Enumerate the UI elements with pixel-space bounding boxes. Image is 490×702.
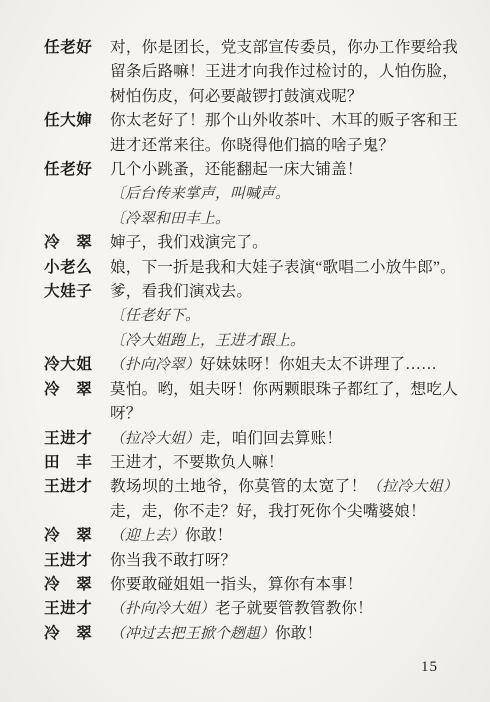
script-line: 王进才（扑向冷大姐）老子就要管教管教你！ xyxy=(44,597,464,621)
line-text: （迎上去）你敢！ xyxy=(110,524,458,548)
line-text: 你太老好了！那个山外收茶叶、木耳的贩子客和王进才还常来往。你晓得他们搞的啥子鬼？ xyxy=(110,109,458,158)
script-line: 〔冷翠和田丰上。 xyxy=(44,207,464,231)
dialogue-segment: 王进才，不要欺负人嘛！ xyxy=(110,454,284,471)
dialogue-segment: 好妹妹呀！你姐夫太不讲理了…… xyxy=(200,356,437,373)
script-line: 冷 翠你要敢碰姐姐一指头，算你有本事！ xyxy=(44,573,464,597)
line-text: 教场坝的土地爷，你莫管的太宽了！（拉冷大姐）走，走，你不走？好，我打死你个尖嘴婆… xyxy=(110,475,458,524)
stage-direction-segment: 〔任老好下。 xyxy=(110,308,200,324)
speaker-name: 田 丰 xyxy=(44,451,96,475)
stage-direction-segment: （拉冷大姐） xyxy=(367,479,458,495)
speaker-name: 王进才 xyxy=(44,549,96,573)
speaker-name: 王进才 xyxy=(44,475,96,499)
script-line: 冷 翠莫怕。哟，姐夫呀！你两颗眼珠子都红了，想吃人呀？ xyxy=(44,378,464,427)
line-text: （拉冷大姐）走，咱们回去算账！ xyxy=(110,427,458,451)
speaker-name: 王进才 xyxy=(44,597,96,621)
line-text: 几个小跳蚤，还能翻起一床大铺盖！ xyxy=(110,158,458,182)
speaker-name: 王进才 xyxy=(44,427,96,451)
line-text: 〔任老好下。 xyxy=(110,304,458,328)
line-text: 你当我不敢打呀？ xyxy=(110,549,458,573)
dialogue-segment: 对，你是团长，党支部宣传委员，你办工作要给我留条后路嘛！王进才向我作过检讨的，人… xyxy=(110,39,458,105)
speaker-name: 小老么 xyxy=(44,256,96,280)
stage-direction-segment: 〔冷大姐跑上，王进才跟上。 xyxy=(110,333,305,349)
script-line: 〔冷大姐跑上，王进才跟上。 xyxy=(44,329,464,353)
line-text: 娘，下一折是我和大娃子表演“歌唱二小放牛郎”。 xyxy=(110,256,458,280)
line-text: 你要敢碰姐姐一指头，算你有本事！ xyxy=(110,573,458,597)
dialogue-segment: 教场坝的土地爷，你莫管的太宽了！ xyxy=(110,478,367,495)
speaker-name: 任老好 xyxy=(44,158,96,182)
script-line: 大娃子爹，看我们演戏去。 xyxy=(44,280,464,304)
line-text: （扑向冷翠）好妹妹呀！你姐夫太不讲理了…… xyxy=(110,353,458,377)
dialogue-segment: 婶子，我们戏演完了。 xyxy=(110,234,268,251)
script-line: 冷 翠（迎上去）你敢！ xyxy=(44,524,464,548)
speaker-name: 冷 翠 xyxy=(44,378,96,402)
line-text: 〔后台传来掌声，叫喊声。 xyxy=(110,182,458,206)
stage-direction-segment: （拉冷大姐） xyxy=(110,431,200,447)
script-line: 田 丰王进才，不要欺负人嘛！ xyxy=(44,451,464,475)
speaker-name: 冷 翠 xyxy=(44,524,96,548)
script-line: 〔后台传来掌声，叫喊声。 xyxy=(44,182,464,206)
line-text: 王进才，不要欺负人嘛！ xyxy=(110,451,458,475)
stage-direction-segment: （冲过去把王掀个趔趄） xyxy=(110,626,275,642)
speaker-name: 任大婶 xyxy=(44,109,96,133)
dialogue-segment: 几个小跳蚤，还能翻起一床大铺盖！ xyxy=(110,161,363,178)
script-line: 任老好对，你是团长，党支部宣传委员，你办工作要给我留条后路嘛！王进才向我作过检讨… xyxy=(44,36,464,109)
speaker-name: 冷 翠 xyxy=(44,231,96,255)
script-line: 小老么娘，下一折是我和大娃子表演“歌唱二小放牛郎”。 xyxy=(44,256,464,280)
script-line: 〔任老好下。 xyxy=(44,304,464,328)
line-text: 〔冷大姐跑上，王进才跟上。 xyxy=(110,329,458,353)
speaker-name: 任老好 xyxy=(44,36,96,60)
dialogue-segment: 你要敢碰姐姐一指头，算你有本事！ xyxy=(110,576,363,593)
script-body: 任老好对，你是团长，党支部宣传委员，你办工作要给我留条后路嘛！王进才向我作过检讨… xyxy=(44,36,464,646)
script-line: 冷大姐（扑向冷翠）好妹妹呀！你姐夫太不讲理了…… xyxy=(44,353,464,377)
speaker-name: 冷 翠 xyxy=(44,622,96,646)
stage-direction-segment: （扑向冷翠） xyxy=(110,357,200,373)
page-number: 15 xyxy=(421,659,438,676)
line-text: 〔冷翠和田丰上。 xyxy=(110,207,458,231)
speaker-name: 冷大姐 xyxy=(44,353,96,377)
speaker-name: 大娃子 xyxy=(44,280,96,304)
dialogue-segment: 你当我不敢打呀？ xyxy=(110,552,236,569)
script-line: 冷 翠婶子，我们戏演完了。 xyxy=(44,231,464,255)
script-line: 任老好几个小跳蚤，还能翻起一床大铺盖！ xyxy=(44,158,464,182)
script-line: 任大婶你太老好了！那个山外收茶叶、木耳的贩子客和王进才还常来往。你晓得他们搞的啥… xyxy=(44,109,464,158)
speaker-name: 冷 翠 xyxy=(44,573,96,597)
dialogue-segment: 爹，看我们演戏去。 xyxy=(110,283,252,300)
dialogue-segment: 走，走，你不走？好，我打死你个尖嘴婆娘！ xyxy=(110,503,426,520)
line-text: 爹，看我们演戏去。 xyxy=(110,280,458,304)
line-text: 对，你是团长，党支部宣传委员，你办工作要给我留条后路嘛！王进才向我作过检讨的，人… xyxy=(110,36,458,109)
line-text: （冲过去把王掀个趔趄）你敢！ xyxy=(110,622,458,646)
script-line: 王进才你当我不敢打呀？ xyxy=(44,549,464,573)
line-text: （扑向冷大姐）老子就要管教管教你！ xyxy=(110,597,458,621)
stage-direction-segment: 〔冷翠和田丰上。 xyxy=(110,211,230,227)
dialogue-segment: 走，咱们回去算账！ xyxy=(200,430,342,447)
script-line: 王进才教场坝的土地爷，你莫管的太宽了！（拉冷大姐）走，走，你不走？好，我打死你个… xyxy=(44,475,464,524)
line-text: 婶子，我们戏演完了。 xyxy=(110,231,458,255)
dialogue-segment: 莫怕。哟，姐夫呀！你两颗眼珠子都红了，想吃人呀？ xyxy=(110,381,458,422)
stage-direction-segment: （迎上去） xyxy=(110,528,185,544)
script-page: 任老好对，你是团长，党支部宣传委员，你办工作要给我留条后路嘛！王进才向我作过检讨… xyxy=(0,0,490,702)
dialogue-segment: 你敢！ xyxy=(275,625,322,642)
dialogue-segment: 娘，下一折是我和大娃子表演“歌唱二小放牛郎”。 xyxy=(110,259,456,276)
script-line: 王进才（拉冷大姐）走，咱们回去算账！ xyxy=(44,427,464,451)
line-text: 莫怕。哟，姐夫呀！你两颗眼珠子都红了，想吃人呀？ xyxy=(110,378,458,427)
dialogue-segment: 你敢！ xyxy=(185,527,232,544)
stage-direction-segment: 〔后台传来掌声，叫喊声。 xyxy=(110,186,290,202)
stage-direction-segment: （扑向冷大姐） xyxy=(110,601,215,617)
dialogue-segment: 老子就要管教管教你！ xyxy=(215,600,373,617)
dialogue-segment: 你太老好了！那个山外收茶叶、木耳的贩子客和王进才还常来往。你晓得他们搞的啥子鬼？ xyxy=(110,112,458,153)
script-line: 冷 翠（冲过去把王掀个趔趄）你敢！ xyxy=(44,622,464,646)
